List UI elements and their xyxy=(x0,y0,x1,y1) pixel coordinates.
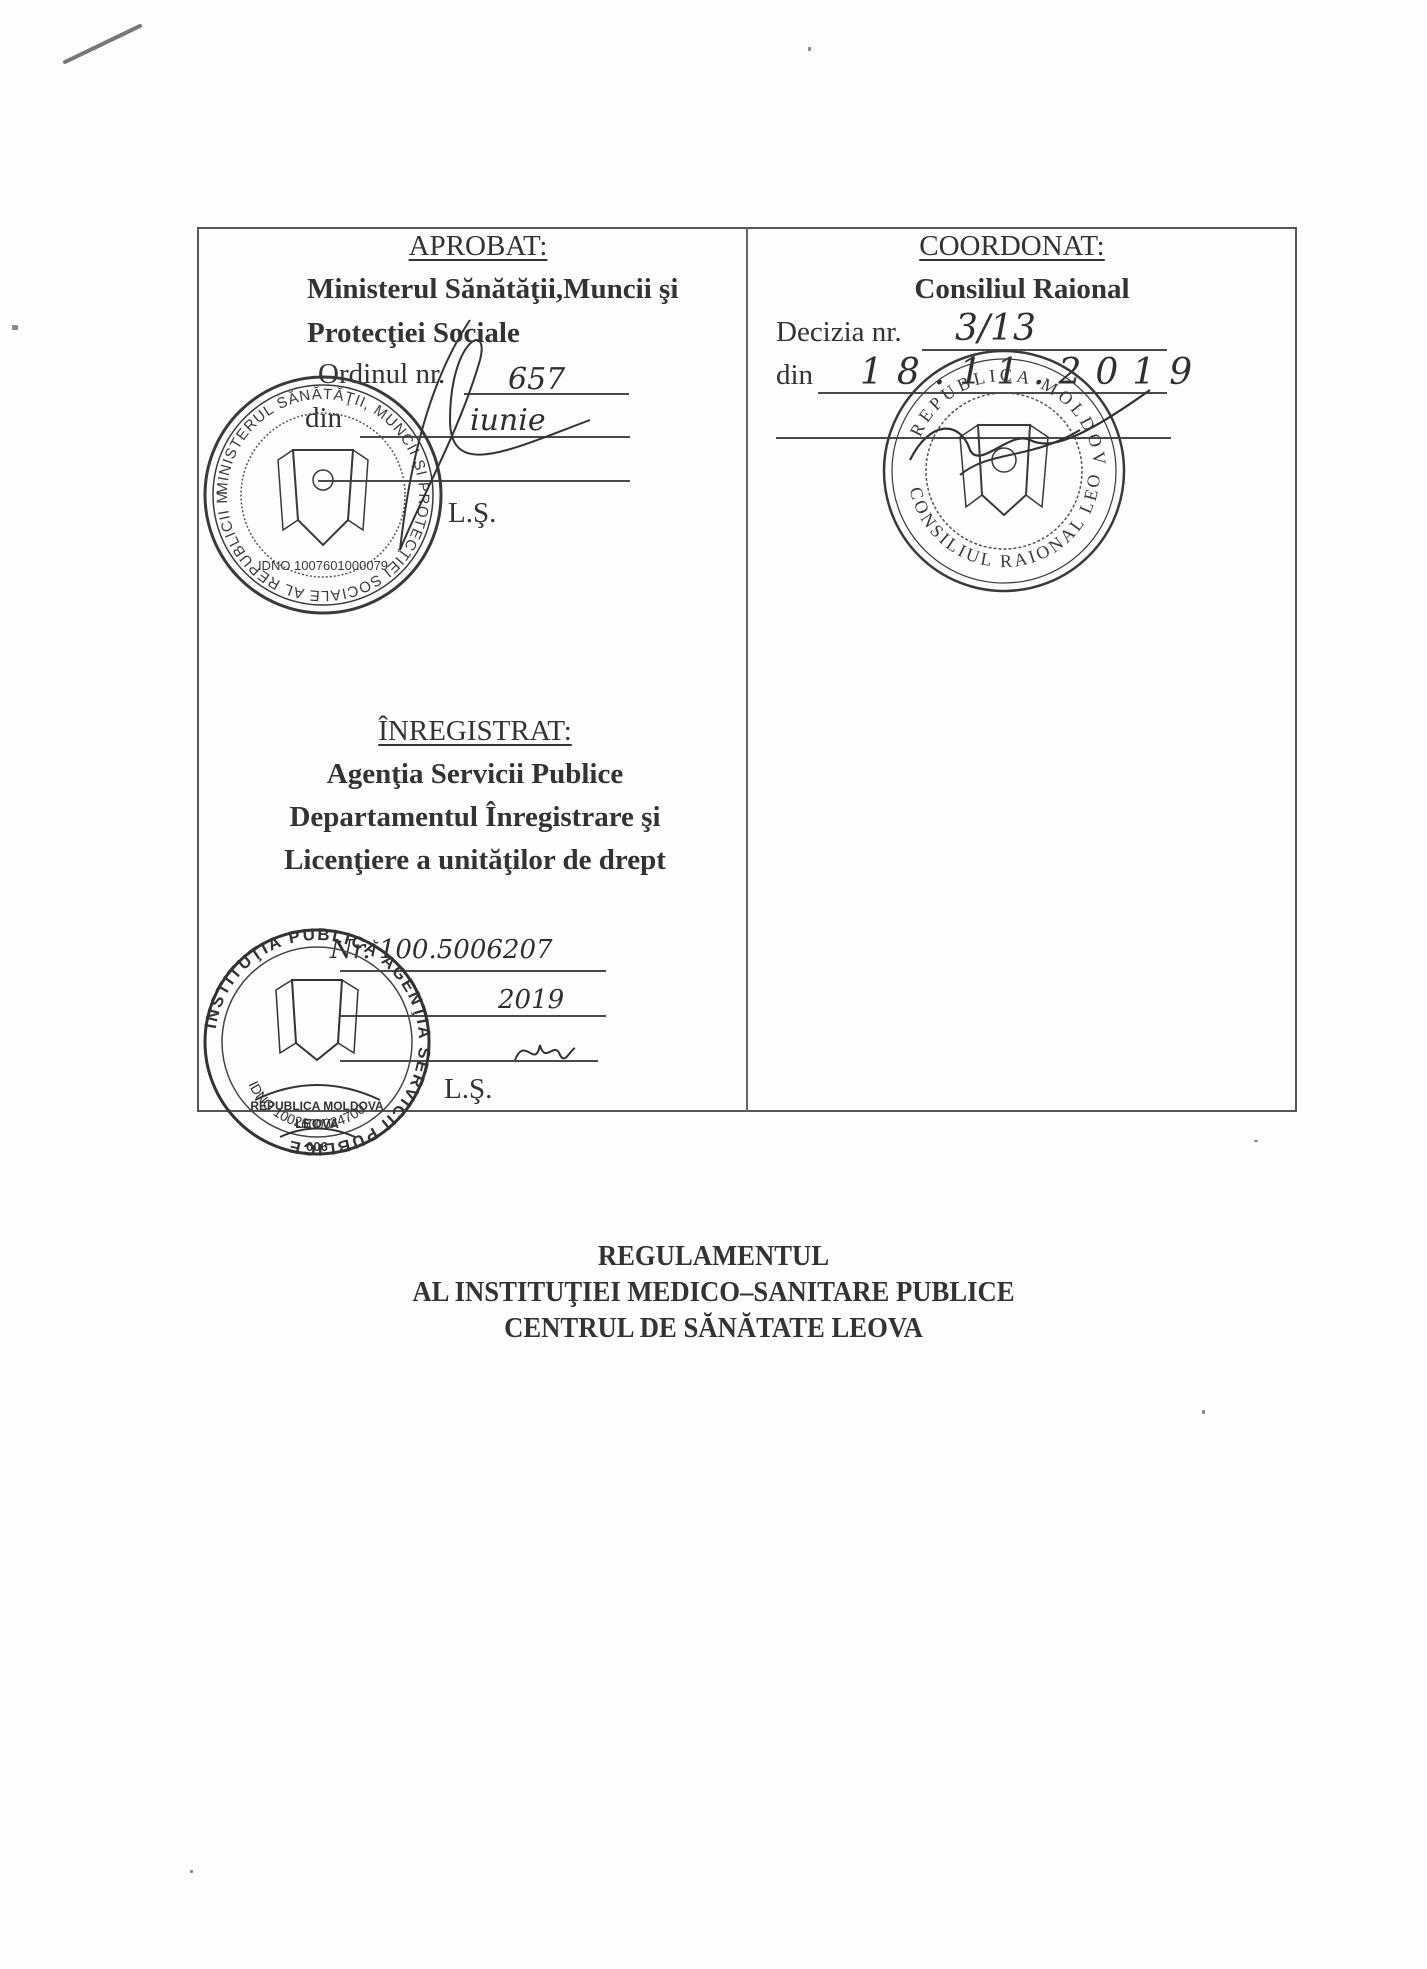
svg-text:IDNO 1007601000079: IDNO 1007601000079 xyxy=(258,558,388,573)
title-line-3: CENTRUL DE SĂNĂTATE LEOVA xyxy=(57,1310,1370,1346)
decision-date-label: din xyxy=(776,359,813,392)
svg-text:006: 006 xyxy=(306,1139,328,1154)
registered-org-line2: Departamentul Înregistrare şi xyxy=(289,801,660,834)
scan-speck xyxy=(1254,1140,1258,1142)
registered-org-line1: Agenţia Servicii Publice xyxy=(327,758,623,791)
scan-speck xyxy=(808,47,811,51)
scan-mark xyxy=(60,20,150,70)
ministry-signature-icon xyxy=(390,300,630,630)
scan-speck xyxy=(1202,1410,1205,1414)
approved-heading: APROBAT: xyxy=(409,230,548,263)
title-line-1: REGULAMENTUL xyxy=(57,1238,1370,1274)
document-title: REGULAMENTUL AL INSTITUŢIEI MEDICO–SANIT… xyxy=(57,1238,1370,1346)
registered-heading: ÎNREGISTRAT: xyxy=(378,715,572,748)
coordinated-org: Consiliul Raional xyxy=(914,273,1129,306)
registered-org-line3: Licenţiere a unităţilor de drept xyxy=(284,844,666,877)
registration-date-value: 2019 xyxy=(498,985,564,1015)
coordinated-heading: COORDONAT: xyxy=(919,230,1104,263)
registrar-signature-icon xyxy=(510,1030,580,1080)
svg-text:REPUBLICA MOLDOVA: REPUBLICA MOLDOVA xyxy=(250,1099,384,1113)
scan-speck xyxy=(190,1870,193,1873)
table-divider xyxy=(746,227,748,1112)
council-signature-icon xyxy=(900,380,1160,490)
title-line-2: AL INSTITUŢIEI MEDICO–SANITARE PUBLICE xyxy=(57,1274,1370,1310)
decision-number-value: 3/13 xyxy=(955,308,1036,349)
agency-seal-icon: INSTITUŢIA PUBLICĂ AGENŢIA SERVICII PUBL… xyxy=(200,925,435,1160)
registered-ls: L.Ş. xyxy=(444,1073,492,1106)
scan-speck xyxy=(12,325,18,330)
